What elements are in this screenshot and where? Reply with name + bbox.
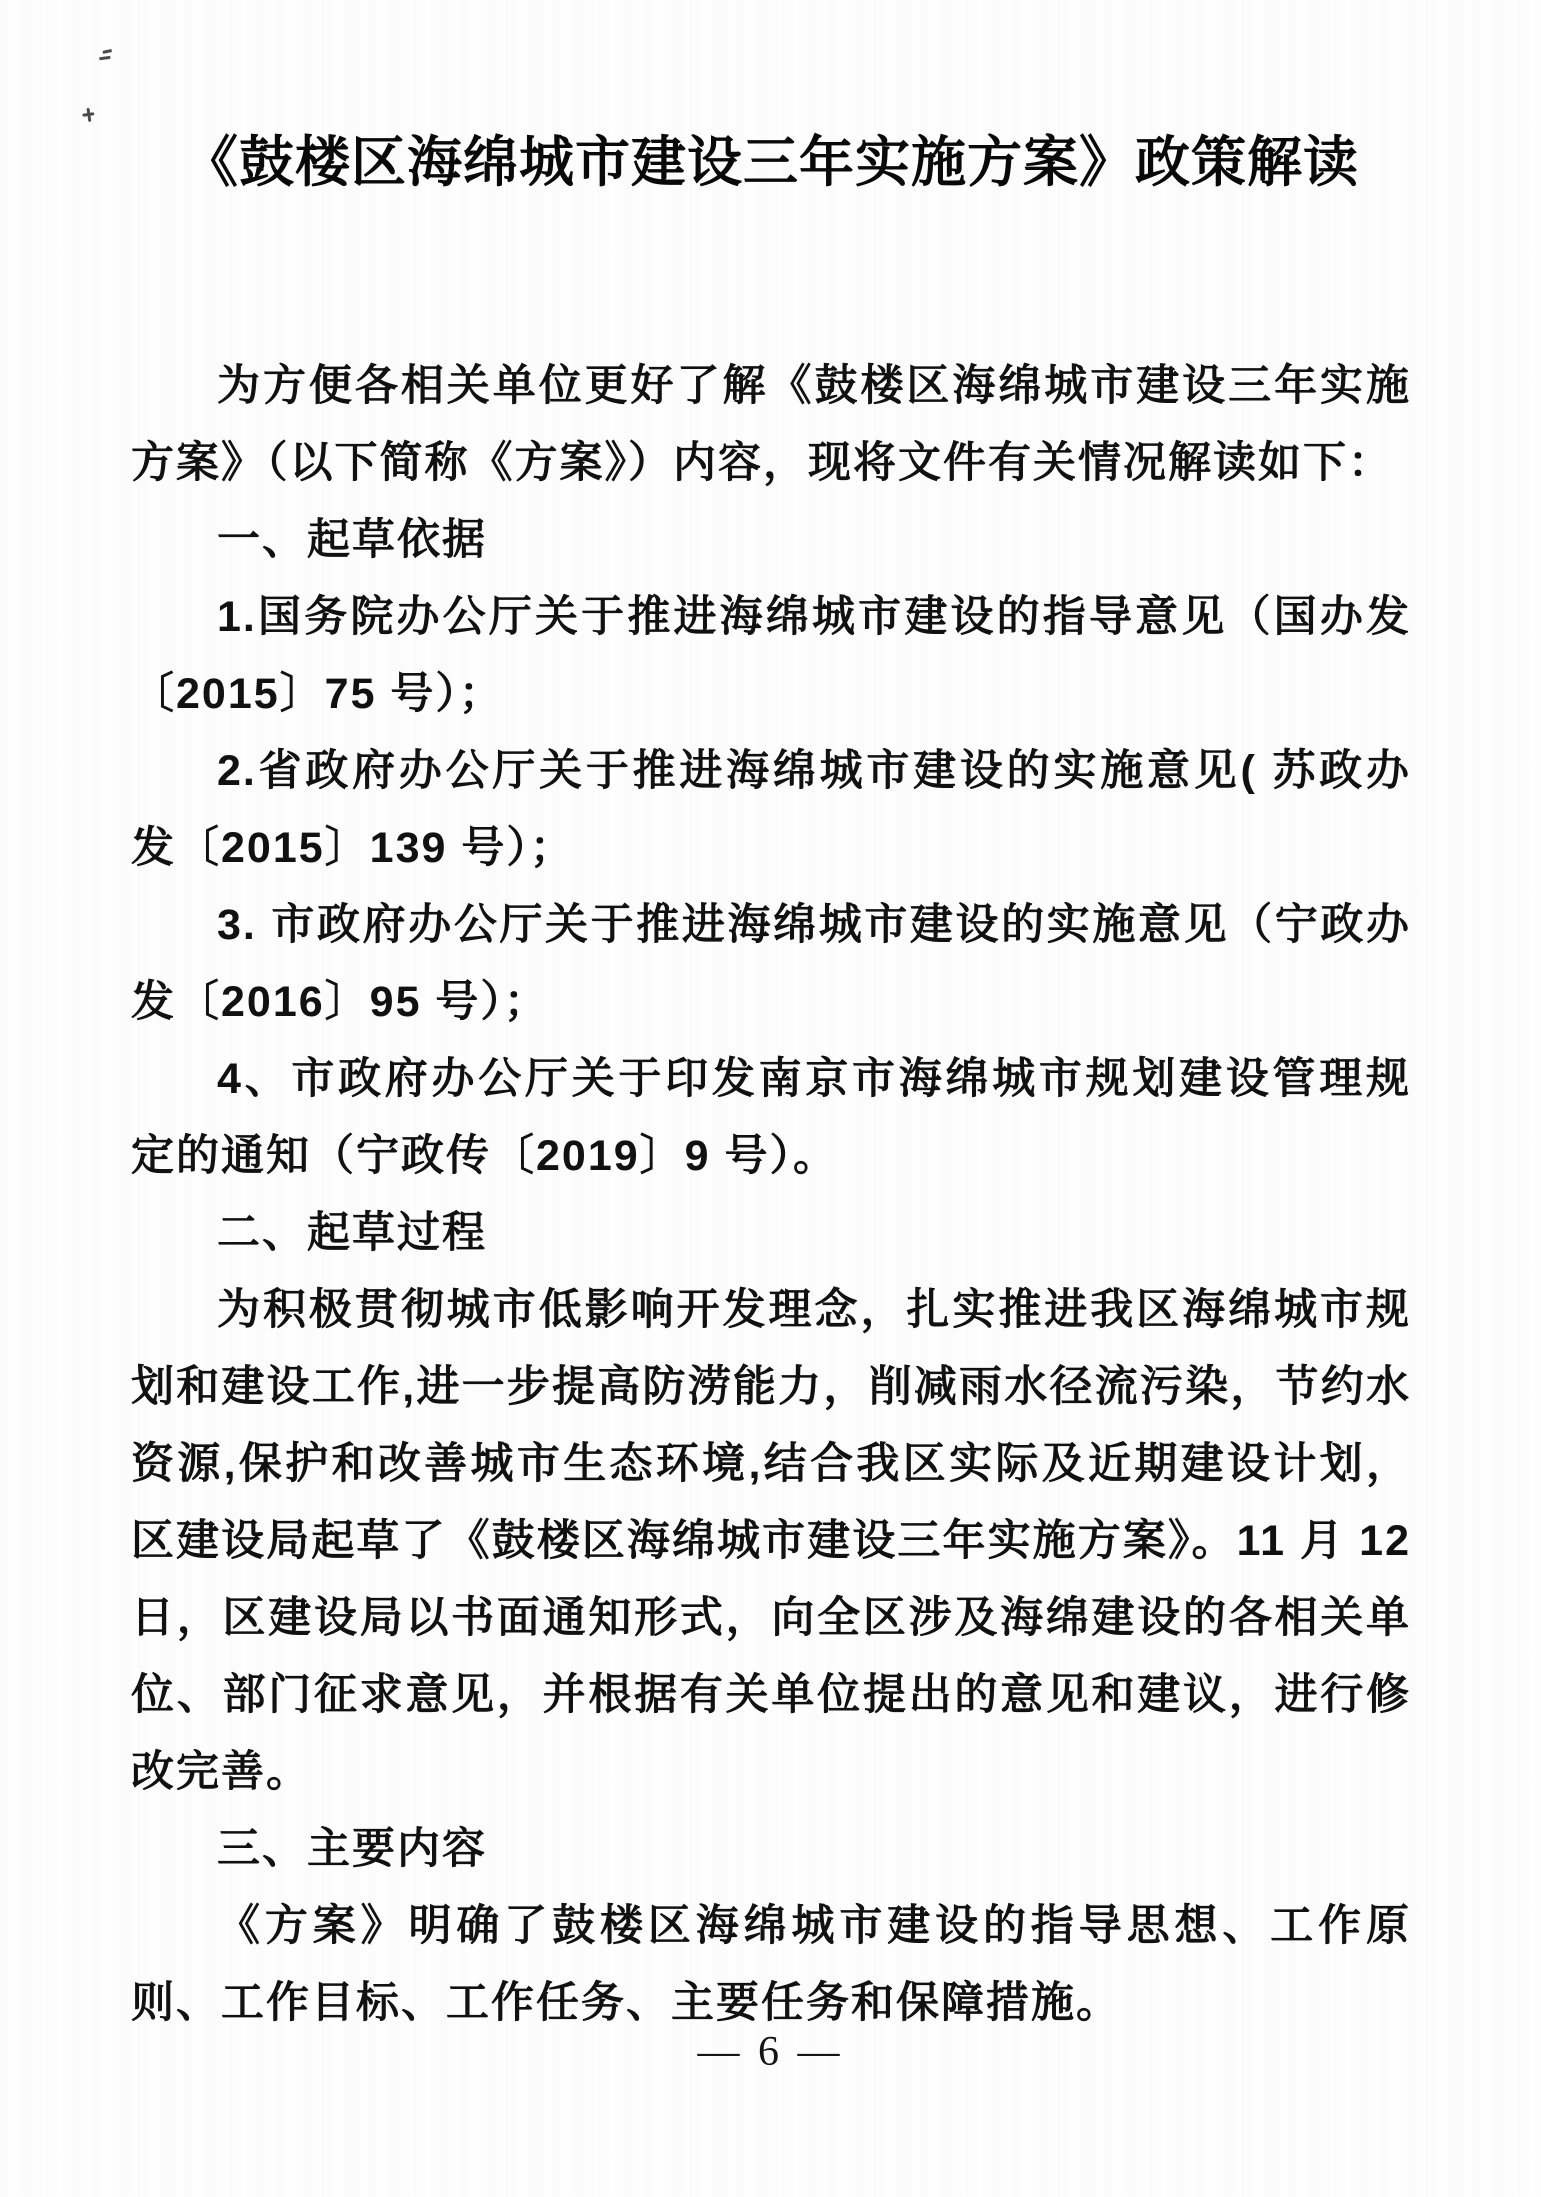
section-heading-main-content: 三、主要内容: [131, 1811, 1411, 1888]
scan-artifact: [99, 48, 113, 62]
basis-item-4: 4、市政府办公厅关于印发南京市海绵城市规划建设管理规定的通知（宁政传〔2019〕…: [131, 1041, 1411, 1195]
scan-artifact: [82, 107, 95, 117]
section-heading-drafting-process: 二、起草过程: [131, 1195, 1411, 1272]
basis-item-1: 1.国务院办公厅关于推进海绵城市建设的指导意见（国办发〔2015〕75 号）；: [131, 579, 1411, 733]
drafting-process-paragraph: 为积极贯彻城市低影响开发理念，扎实推进我区海绵城市规划和建设工作,进一步提高防涝…: [131, 1272, 1411, 1811]
main-content-paragraph: 《方案》明确了鼓楼区海绵城市建设的指导思想、工作原则、工作目标、工作任务、主要任…: [131, 1888, 1411, 2042]
basis-item-3: 3. 市政府办公厅关于推进海绵城市建设的实施意见（宁政办发〔2016〕95 号）…: [131, 887, 1411, 1041]
section-heading-drafting-basis: 一、起草依据: [131, 502, 1411, 579]
page-number: — 6 —: [0, 2028, 1541, 2076]
scanned-page: 《鼓楼区海绵城市建设三年实施方案》政策解读 为方便各相关单位更好了解《鼓楼区海绵…: [0, 0, 1541, 2197]
page-title: 《鼓楼区海绵城市建设三年实施方案》政策解读: [131, 126, 1411, 198]
basis-item-2: 2.省政府办公厅关于推进海绵城市建设的实施意见( 苏政办发〔2015〕139 号…: [131, 733, 1411, 887]
intro-paragraph: 为方便各相关单位更好了解《鼓楼区海绵城市建设三年实施方案》（以下简称《方案》）内…: [131, 348, 1411, 502]
document-body: 《鼓楼区海绵城市建设三年实施方案》政策解读 为方便各相关单位更好了解《鼓楼区海绵…: [131, 126, 1411, 2042]
